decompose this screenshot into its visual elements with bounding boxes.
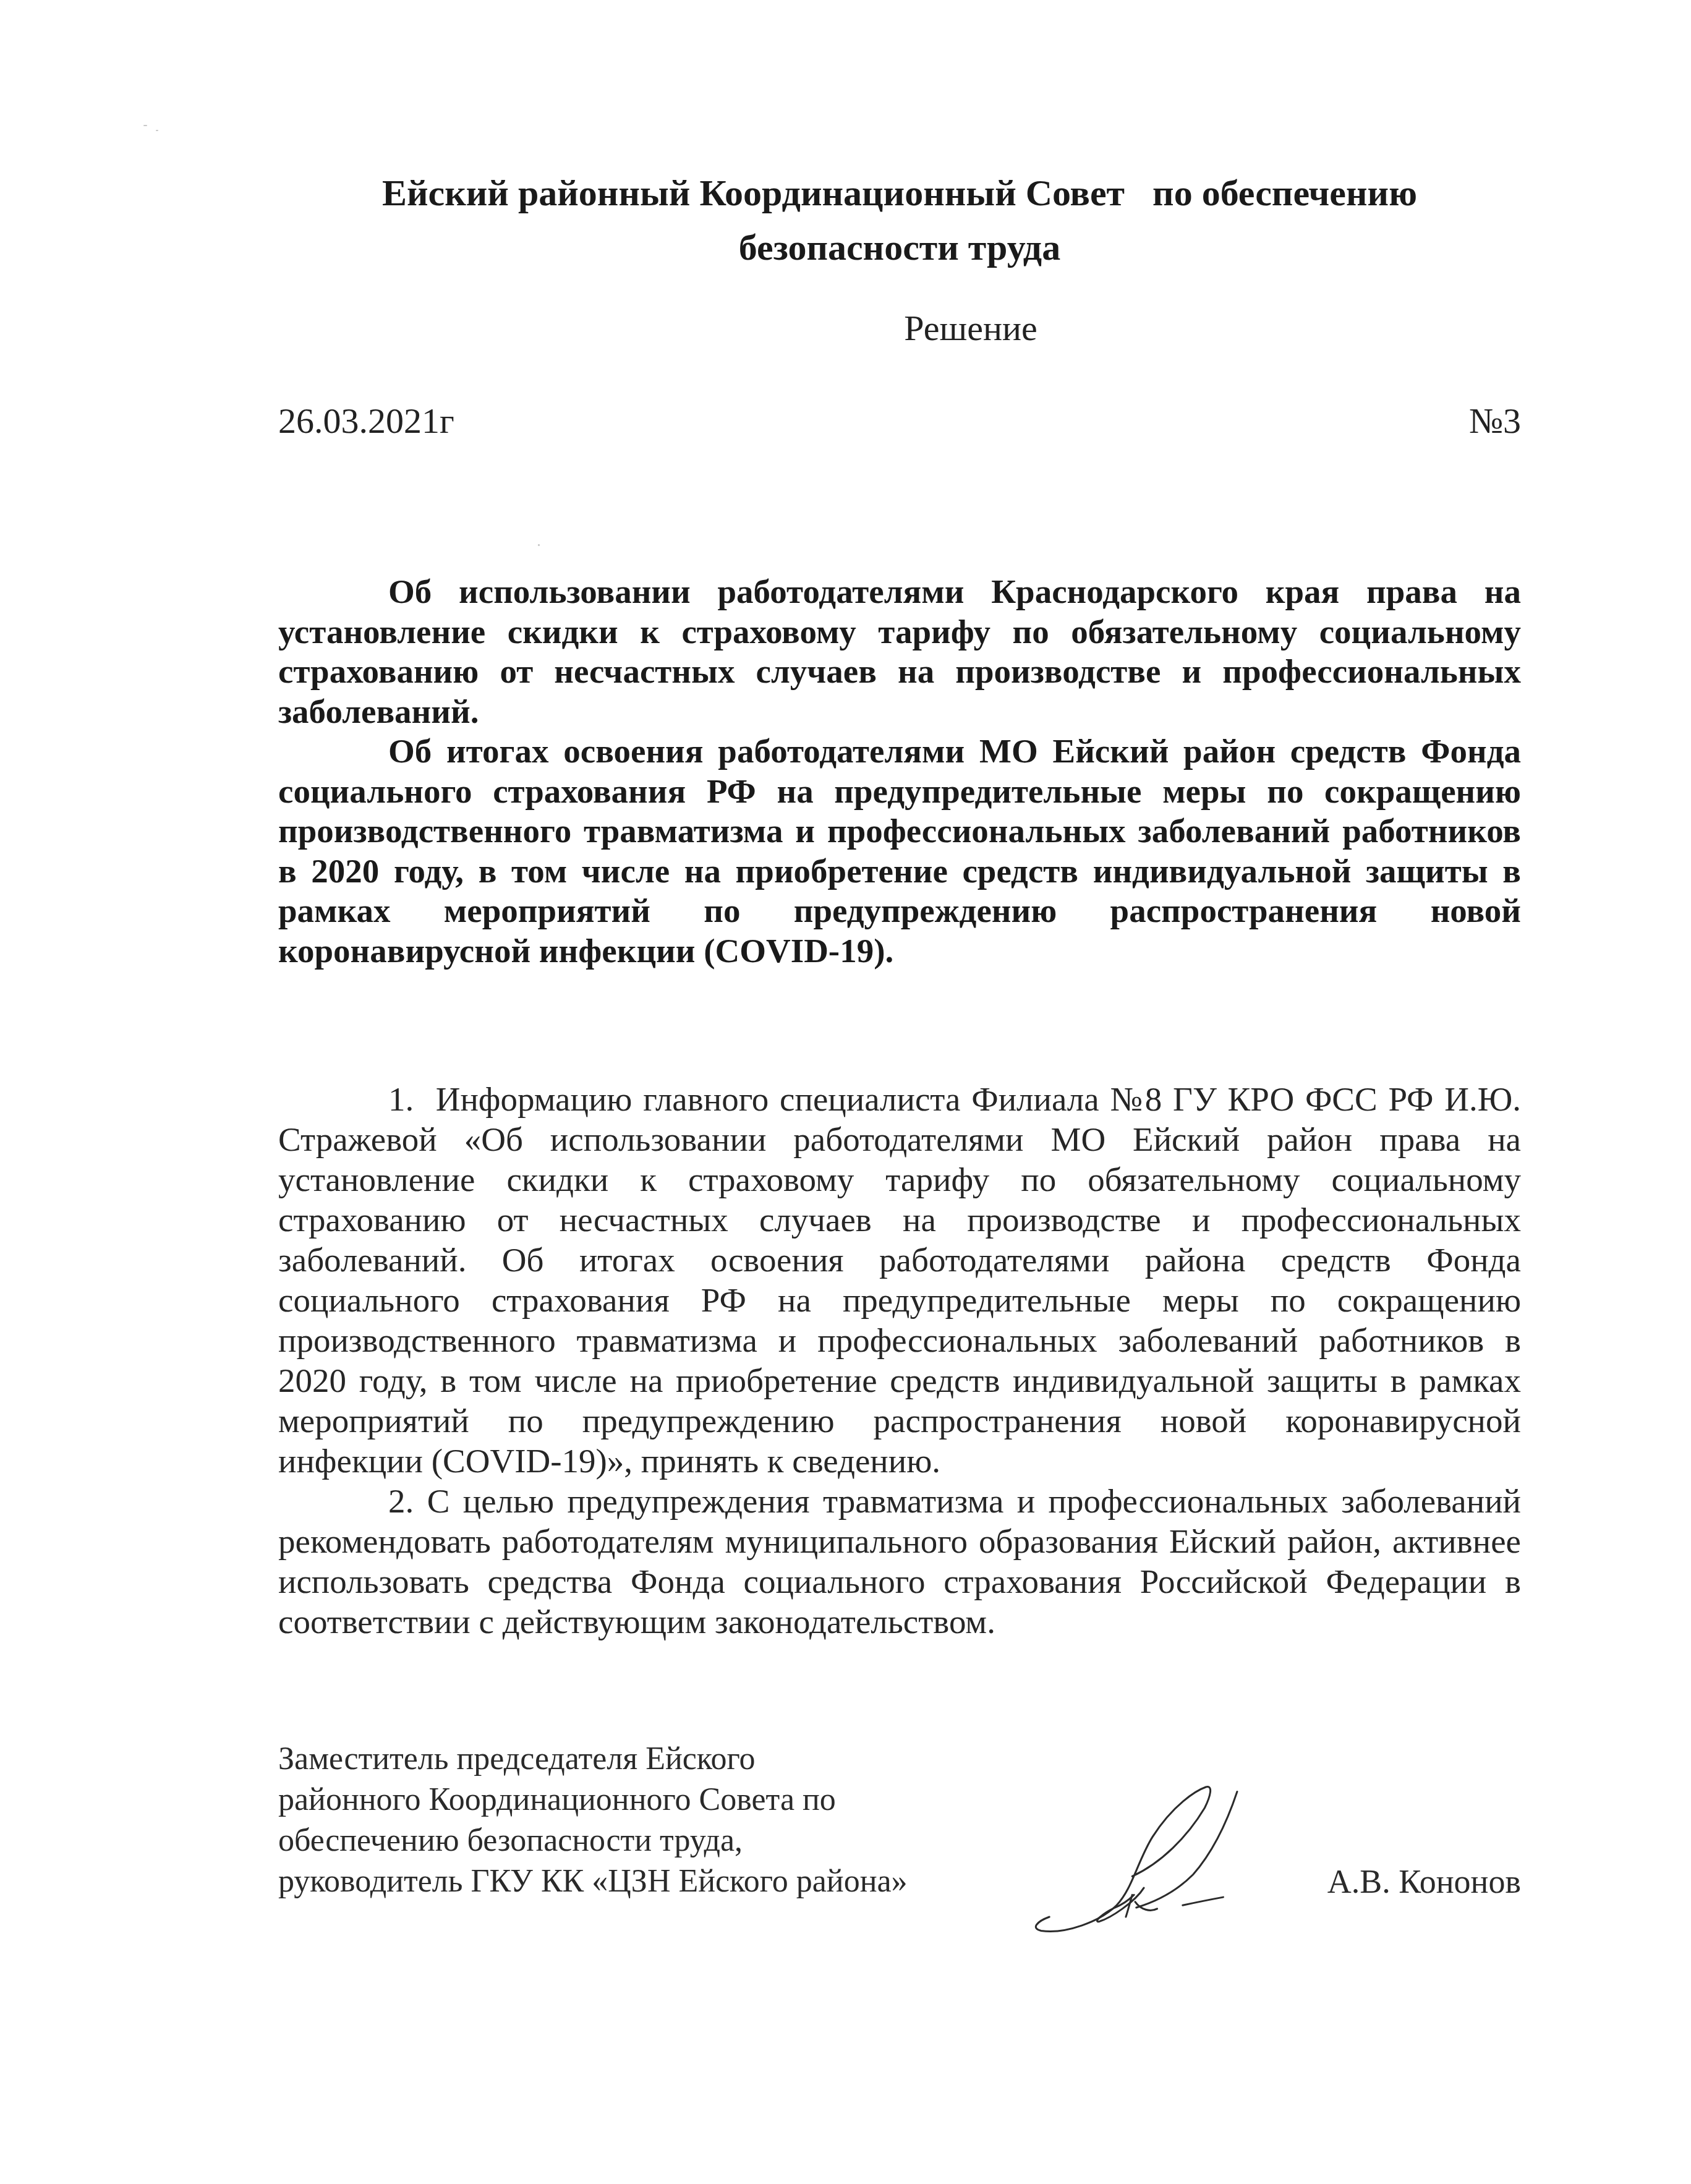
signer-position-line: Заместитель председателя Ейского xyxy=(278,1739,1020,1780)
scan-artifact xyxy=(156,130,158,131)
decision-item-1: 1. Информацию главного специалиста Филиа… xyxy=(278,1079,1521,1481)
decision-item-text: Информацию главного специалиста Филиала … xyxy=(278,1080,1521,1480)
signer-name: А.В. Кононов xyxy=(1327,1861,1521,1902)
decision-date: 26.03.2021г xyxy=(278,399,454,443)
decision-number: №3 xyxy=(1469,399,1521,443)
decision-item-text: С целью предупреждения травматизма и про… xyxy=(278,1482,1521,1640)
decision-item-number: 1. xyxy=(388,1080,414,1118)
subject-paragraph-1: Об использовании работодателями Краснода… xyxy=(278,572,1521,732)
signature-block: Заместитель председателя Ейского районно… xyxy=(278,1739,1521,1902)
title-line-1: Ейский районный Координационный Совет по… xyxy=(278,166,1521,220)
signer-position: Заместитель председателя Ейского районно… xyxy=(278,1739,1020,1902)
signer-position-line: обеспечению безопасности труда, xyxy=(278,1820,1020,1861)
handwritten-signature-icon xyxy=(1005,1750,1283,1935)
signer-position-line: районного Координационного Совета по xyxy=(278,1780,1020,1820)
scan-artifact xyxy=(538,544,540,546)
decision-item-number: 2. xyxy=(388,1482,414,1520)
council-title: Ейский районный Координационный Совет по… xyxy=(278,166,1521,275)
subject-paragraph-2: Об итогах освоения работодателями МО Ейс… xyxy=(278,732,1521,971)
scan-artifact xyxy=(143,125,147,126)
decision-subject: Об использовании работодателями Краснода… xyxy=(278,572,1521,971)
decision-item-2: 2. С целью предупреждения травматизма и … xyxy=(278,1481,1521,1642)
signer-position-line: руководитель ГКУ КК «ЦЗН Ейского района» xyxy=(278,1861,1020,1902)
document-type: Решение xyxy=(278,307,1521,350)
date-number-row: 26.03.2021г №3 xyxy=(278,399,1521,443)
decision-body: 1. Информацию главного специалиста Филиа… xyxy=(278,1079,1521,1642)
title-line-2: безопасности труда xyxy=(278,220,1521,275)
document-page: Ейский районный Координационный Совет по… xyxy=(0,0,1691,2184)
